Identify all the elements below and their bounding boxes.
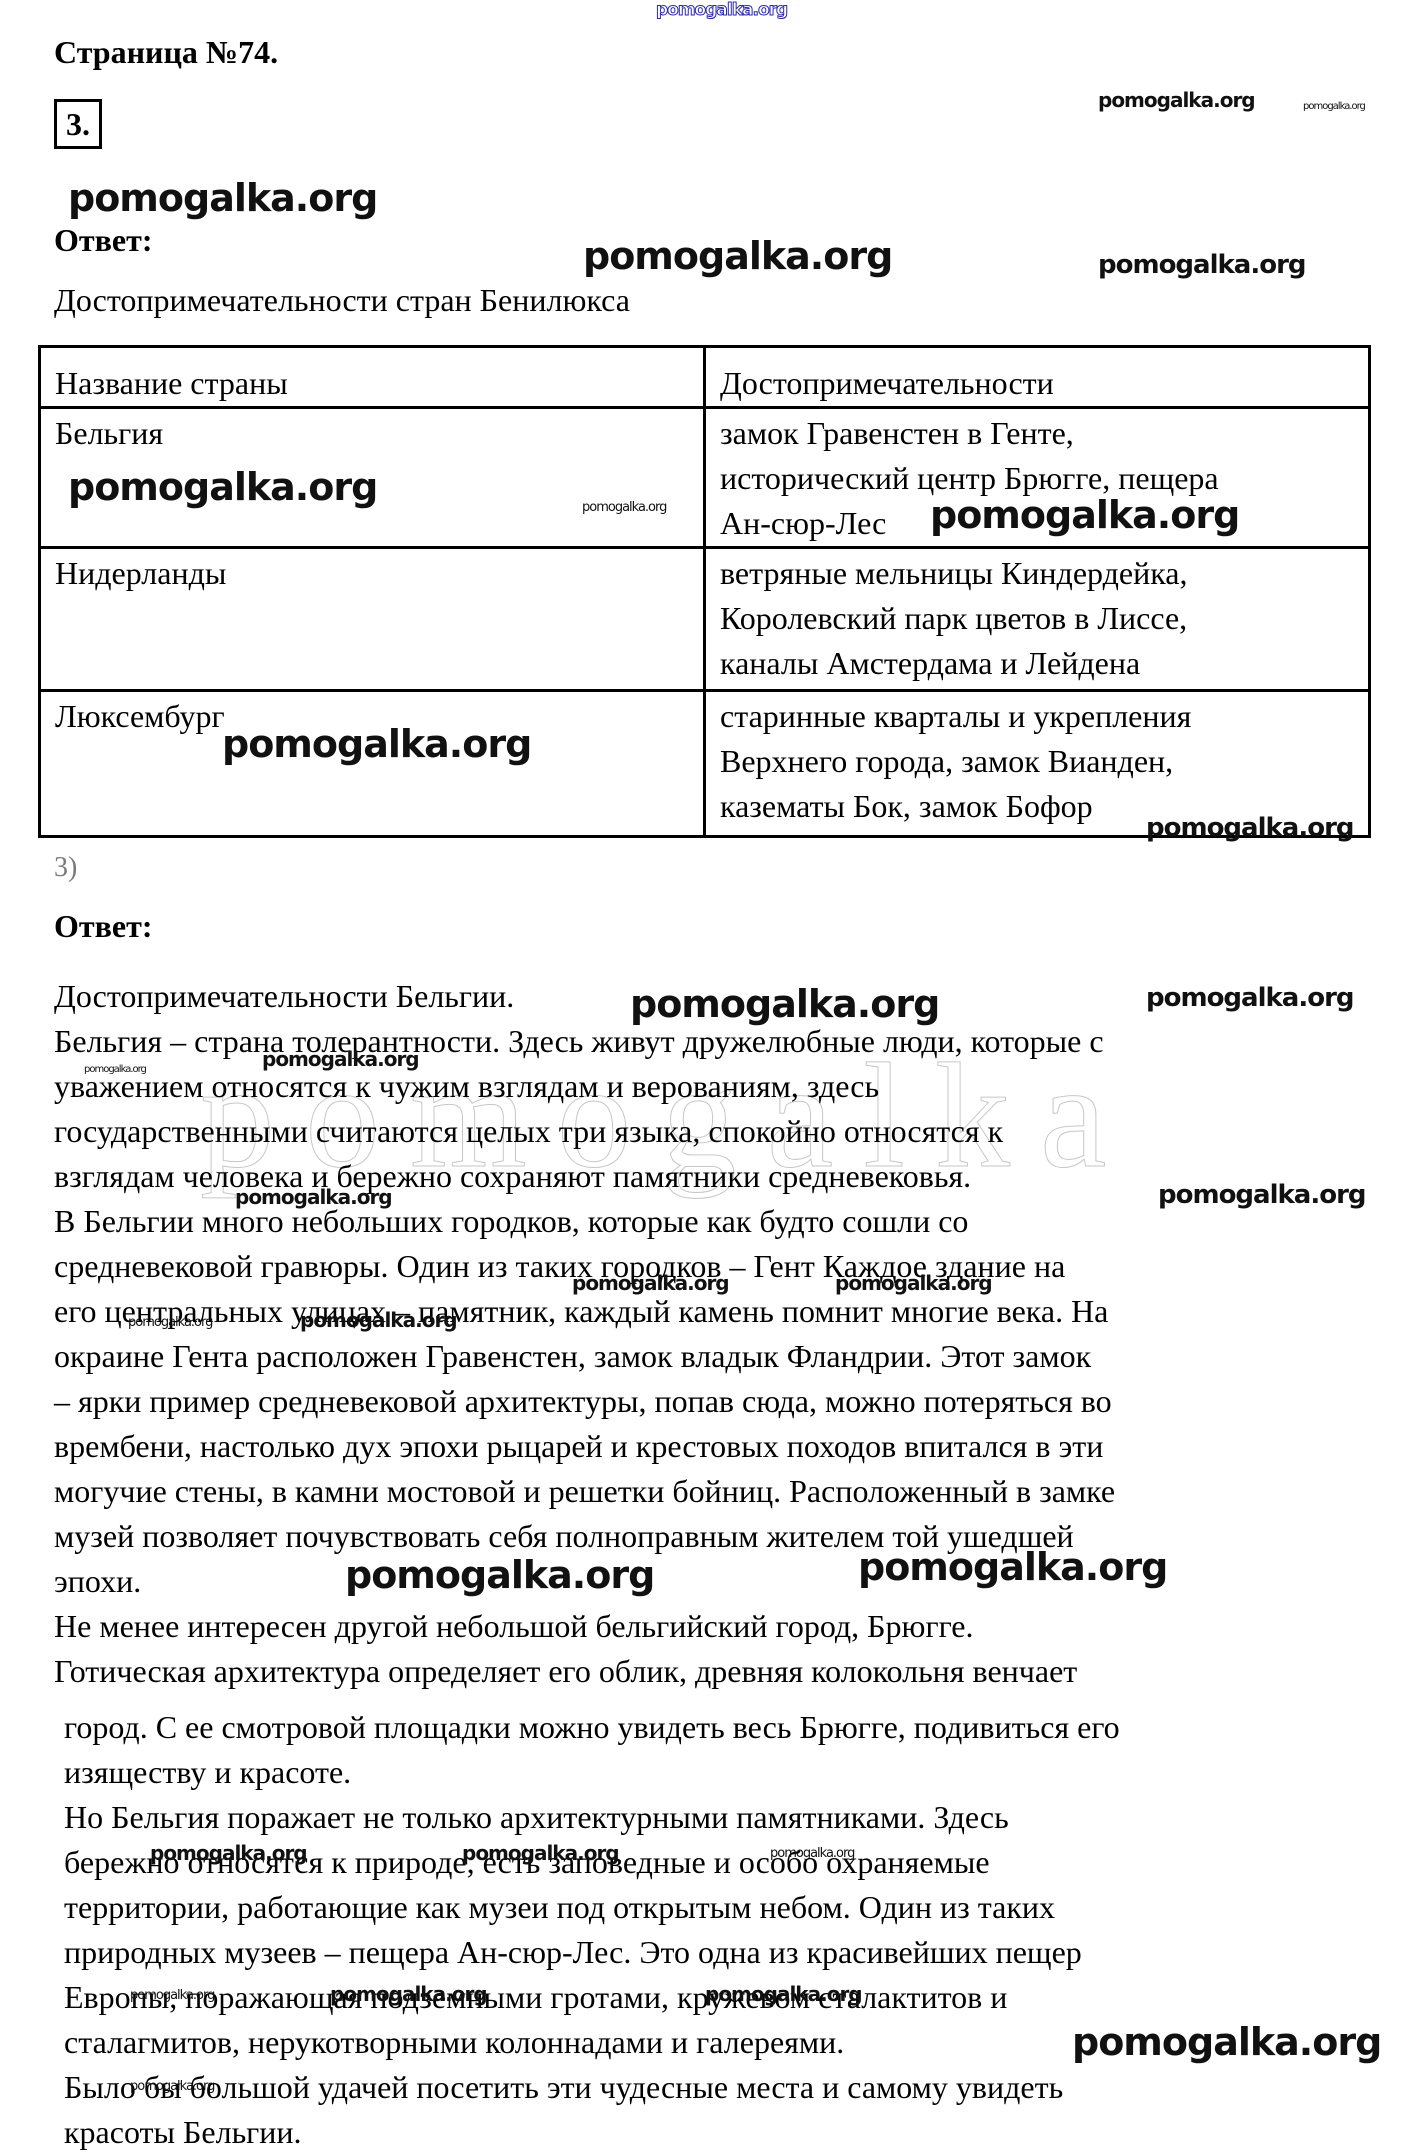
watermark: pomogalka.org [222, 722, 531, 766]
top-watermark: pomogalka.org [656, 0, 787, 20]
watermark: pomogalka.org [330, 1982, 487, 2006]
essay-line: изяществу и красоте. [64, 1750, 1120, 1795]
essay-line: – ярки пример средневековой архитектуры,… [54, 1379, 1115, 1424]
watermark: pomogalka.org [1146, 813, 1354, 843]
watermark: pomogalka.org [705, 1982, 862, 2006]
table-row: Нидерланды ветряные мельницы Киндердейка… [40, 548, 1370, 691]
watermark: pomogalka.org [835, 1271, 992, 1295]
watermark: pomogalka.org [583, 234, 892, 278]
sight-line: старинные кварталы и укрепления [720, 694, 1354, 739]
watermark: pomogalka.org [1098, 88, 1255, 112]
watermark: pomogalka.org [1158, 1180, 1366, 1210]
essay-line: Но Бельгия поражает не только архитектур… [64, 1795, 1120, 1840]
watermark: pomogalka.org [128, 1315, 212, 1330]
sight-line: Королевский парк цветов в Лиссе, [720, 596, 1354, 641]
watermark: pomogalka.org [300, 1308, 457, 1332]
answer-label-2: Ответ: [54, 908, 152, 945]
watermark: pomogalka.org [1303, 101, 1365, 112]
watermark: pomogalka.org [150, 1841, 307, 1865]
header-sights: Достопримечательности [705, 347, 1370, 408]
essay-line: Достопримечательности Бельгии. [54, 974, 1115, 1019]
essay-line: город. С ее смотровой площадки можно уви… [64, 1705, 1120, 1750]
page-title: Страница №74. [54, 34, 278, 71]
essay-line: уважением относятся к чужим взглядам и в… [54, 1064, 1115, 1109]
watermark: pomogalka.org [770, 1846, 854, 1861]
watermark: pomogalka.org [572, 1271, 729, 1295]
watermark: pomogalka.org [1146, 983, 1354, 1013]
sight-line: ветряные мельницы Киндердейка, [720, 551, 1354, 596]
essay-line: сталагмитов, нерукотворными колоннадами … [64, 2020, 1120, 2065]
sight-line: Верхнего города, замок Вианден, [720, 739, 1354, 784]
sight-line: каналы Амстердама и Лейдена [720, 641, 1354, 686]
watermark: pomogalka.org [858, 1545, 1167, 1589]
essay-line: могучие стены, в камни мостовой и решетк… [54, 1469, 1115, 1514]
essay-line: врембени, настолько дух эпохи рыцарей и … [54, 1424, 1115, 1469]
watermark: pomogalka.org [262, 1047, 419, 1071]
watermark: pomogalka.org [1072, 2020, 1381, 2064]
watermark: pomogalka.org [582, 500, 666, 515]
essay-line: окраине Гента расположен Гравенстен, зам… [54, 1334, 1115, 1379]
essay-line: природных музеев – пещера Ан-сюр-Лес. Эт… [64, 1930, 1120, 1975]
watermark: pomogalka.org [630, 982, 939, 1026]
sight-line: замок Гравенстен в Генте, [720, 411, 1354, 456]
watermark: pomogalka.org [235, 1185, 392, 1209]
essay-line: Бельгия – страна толерантности. Здесь жи… [54, 1019, 1115, 1064]
table-caption: Достопримечательности стран Бенилюкса [54, 282, 630, 319]
watermark: pomogalka.org [130, 2079, 214, 2094]
answer-label-1: Ответ: [54, 222, 152, 259]
essay-line: его центральных улицах – памятник, кажды… [54, 1289, 1115, 1334]
essay-line: Готическая архитектура определяет его об… [54, 1649, 1115, 1694]
watermark: pomogalka.org [1098, 250, 1306, 280]
country-cell: Нидерланды [40, 548, 705, 691]
table-header-row: Название страны Достопримечательности [40, 347, 1370, 408]
watermark: pomogalka.org [84, 1064, 146, 1075]
task-number-box: 3. [54, 99, 102, 149]
essay-line: Европы, поражающая подземными гротами, к… [64, 1975, 1120, 2020]
watermark: pomogalka.org [345, 1553, 654, 1597]
essay-line: Не менее интересен другой небольшой бель… [54, 1604, 1115, 1649]
sights-cell: ветряные мельницы Киндердейка, Королевск… [705, 548, 1370, 691]
essay-line: территории, работающие как музеи под отк… [64, 1885, 1120, 1930]
essay-paragraph-b: город. С ее смотровой площадки можно уви… [64, 1705, 1120, 2155]
header-country: Название страны [40, 347, 705, 408]
essay-line: В Бельгии много небольших городков, кото… [54, 1199, 1115, 1244]
essay-line: красоты Бельгии. [64, 2110, 1120, 2155]
watermark: pomogalka.org [68, 176, 377, 220]
watermark: pomogalka.org [130, 1988, 214, 2003]
essay-line: государственными считаются целых три язы… [54, 1109, 1115, 1154]
subtask-number: 3) [54, 852, 77, 884]
watermark: pomogalka.org [462, 1841, 619, 1865]
essay-line: взглядам человека и бережно сохраняют па… [54, 1154, 1115, 1199]
watermark: pomogalka.org [930, 493, 1239, 537]
watermark: pomogalka.org [68, 465, 377, 509]
essay-line: Было бы большой удачей посетить эти чуде… [64, 2065, 1120, 2110]
